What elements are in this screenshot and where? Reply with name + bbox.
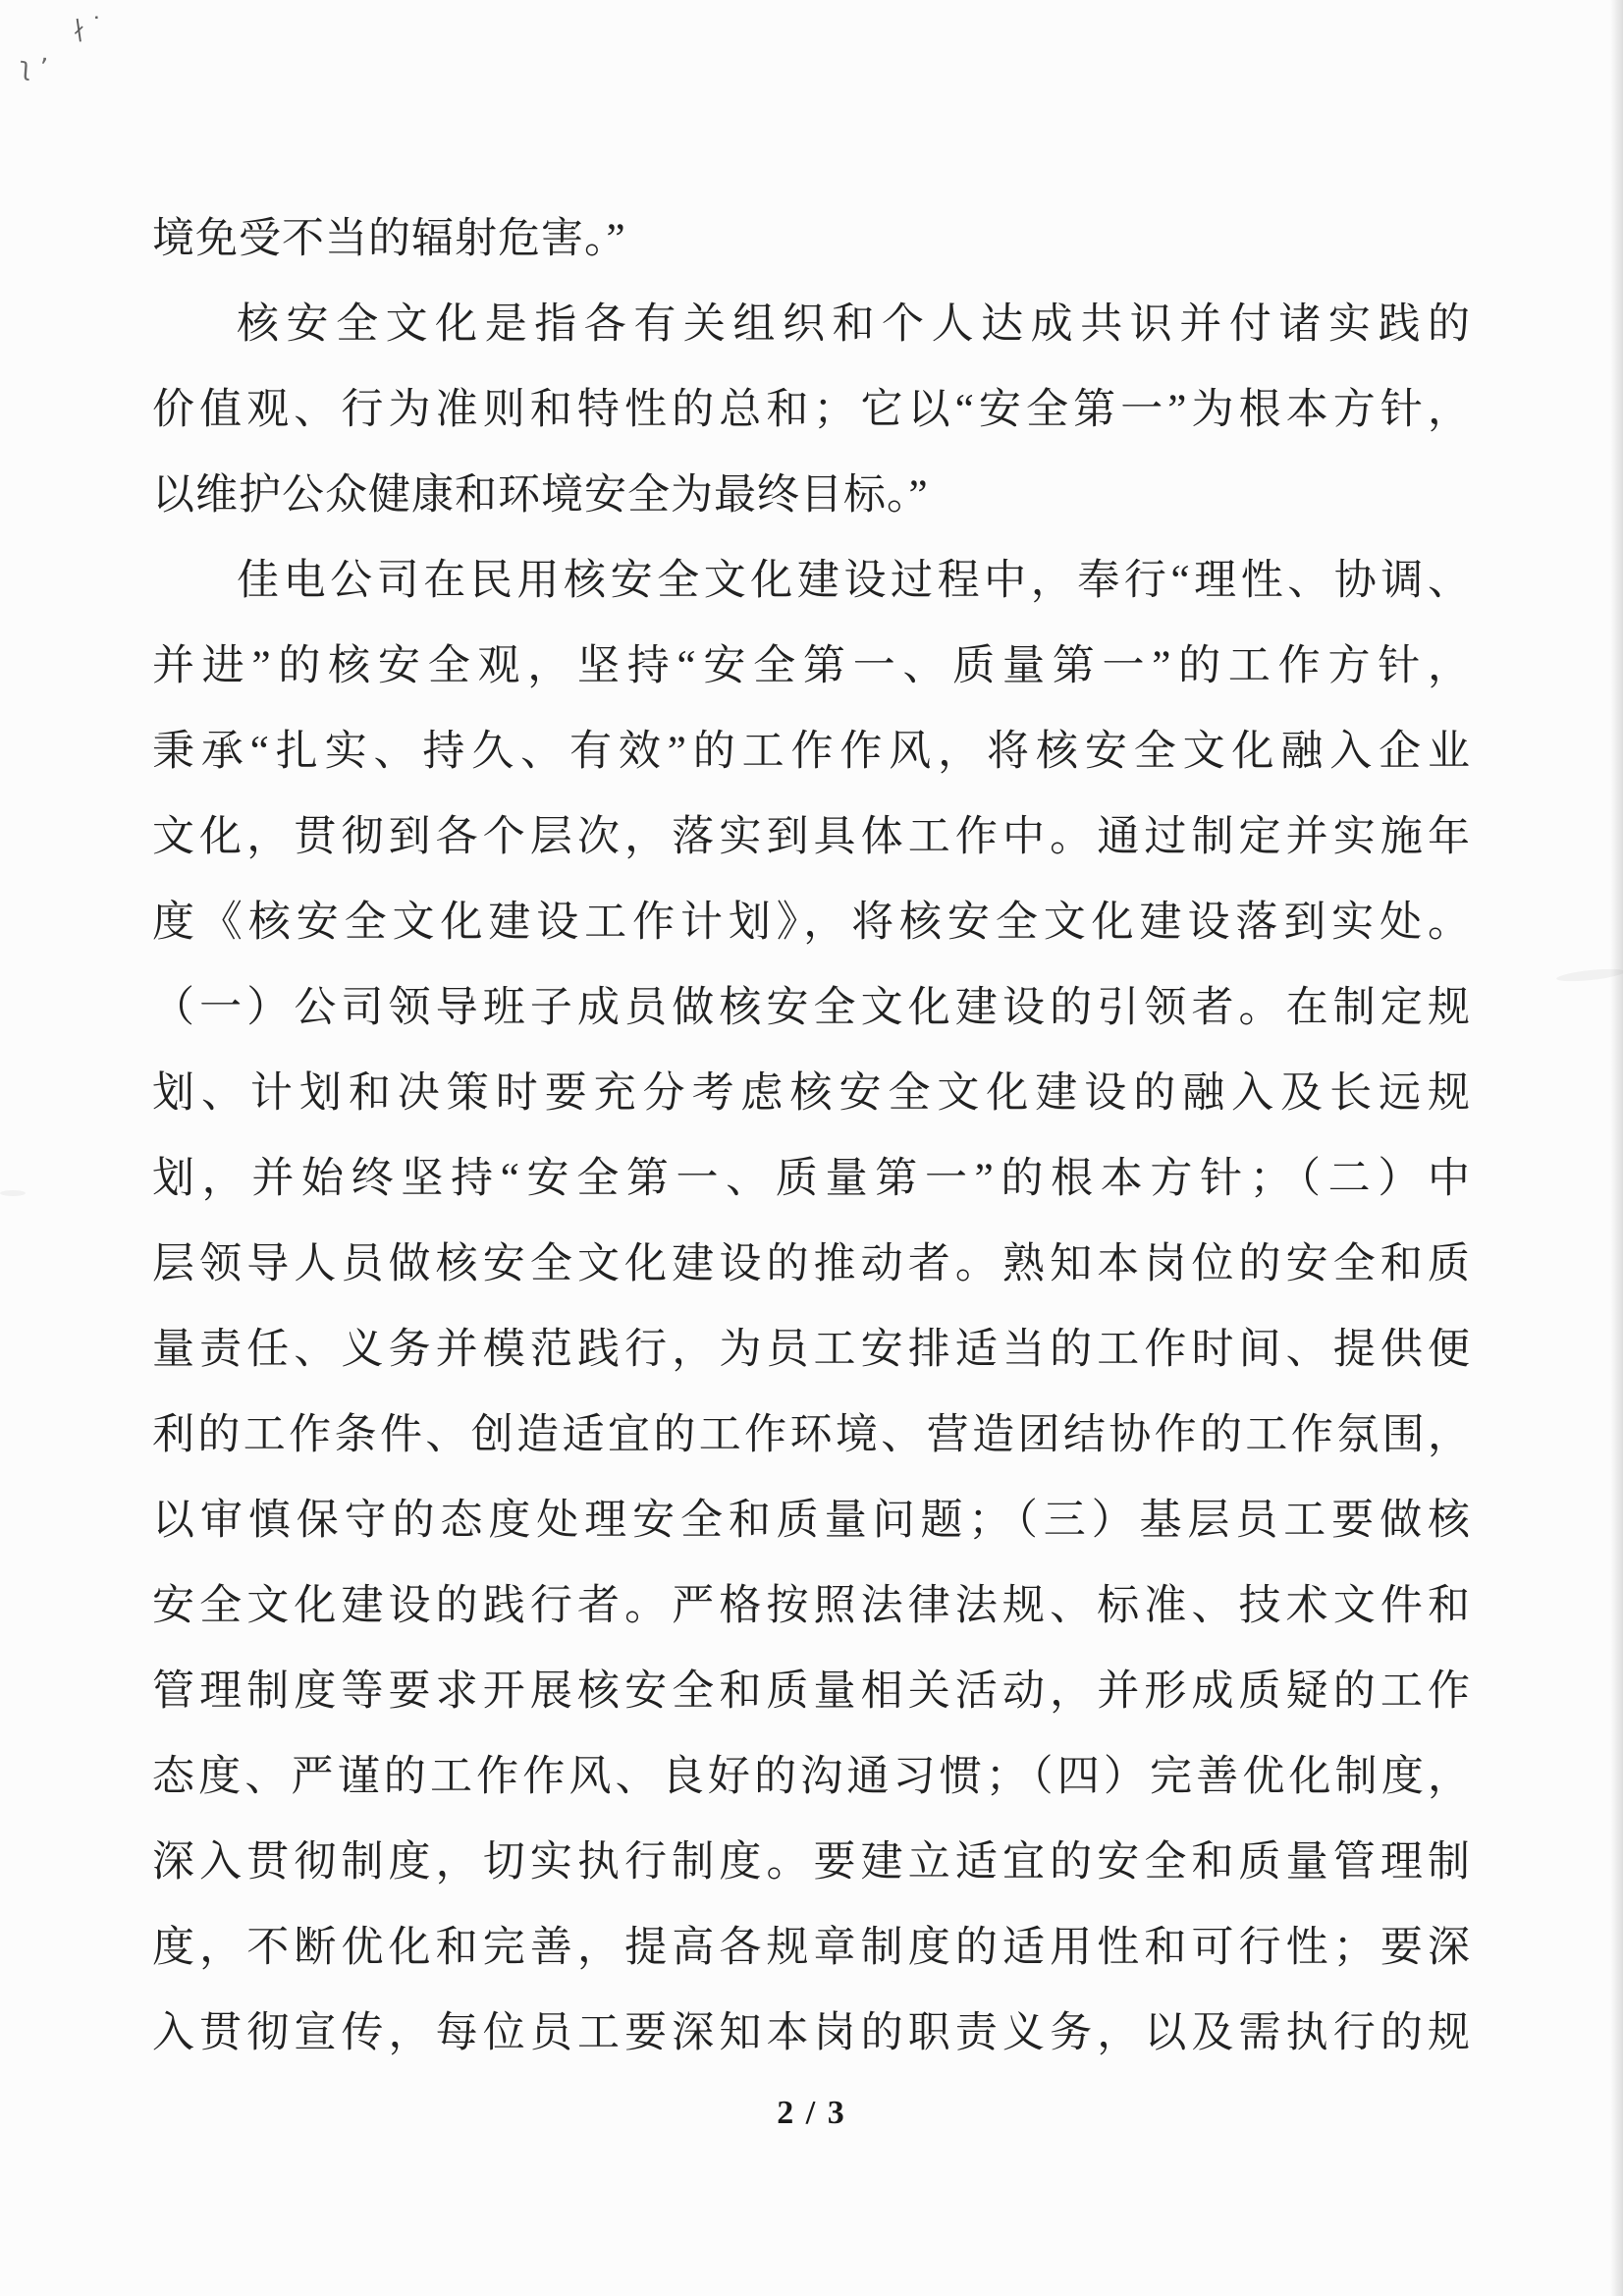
text-line: 层领导人员做核安全文化建设的推动者。熟知本岗位的安全和质 [152, 1222, 1471, 1307]
text-line: 文化，贯彻到各个层次，落实到具体工作中。通过制定并实施年 [152, 794, 1471, 880]
text-line: 深入贯彻制度，切实执行制度。要建立适宜的安全和质量管理制 [152, 1820, 1471, 1905]
scanned-document-page: ∤ ˙ ʅ ʼ 境免受不当的辐射危害。” 核安全文化是指各有关组织和个人达成共识… [0, 0, 1623, 2296]
scan-smudge [1556, 966, 1623, 983]
text-line: （一）公司领导班子成员做核安全文化建设的引领者。在制定规 [152, 965, 1471, 1051]
text-line: 以审慎保守的态度处理安全和质量问题；（三）基层员工要做核 [152, 1478, 1471, 1563]
text-line: 并进”的核安全观，坚持“安全第一、质量第一”的工作方针， [152, 624, 1471, 709]
text-line: 境免受不当的辐射危害。” [152, 196, 1471, 282]
page-number: 2 / 3 [152, 2095, 1471, 2132]
text-line: 量责任、义务并模范践行，为员工安排适当的工作时间、提供便 [152, 1307, 1471, 1393]
text-line: 佳电公司在民用核安全文化建设过程中，奉行“理性、协调、 [152, 538, 1471, 624]
text-line: 度，不断优化和完善，提高各规章制度的适用性和可行性；要深 [152, 1905, 1471, 1991]
text-line: 态度、严谨的工作作风、良好的沟通习惯；（四）完善优化制度， [152, 1734, 1471, 1820]
text-line: 利的工作条件、创造适宜的工作环境、营造团结协作的工作氛围， [152, 1393, 1471, 1478]
pen-mark: ʅ ʼ [19, 52, 49, 83]
pen-mark: ∤ ˙ [71, 12, 105, 43]
text-line: 划，并始终坚持“安全第一、质量第一”的根本方针；（二）中 [152, 1136, 1471, 1222]
text-line: 划、计划和决策时要充分考虑核安全文化建设的融入及长远规 [152, 1051, 1471, 1136]
scan-smudge [0, 1190, 26, 1196]
text-line: 核安全文化是指各有关组织和个人达成共识并付诸实践的 [152, 282, 1471, 367]
text-line: 管理制度等要求开展核安全和质量相关活动，并形成质疑的工作 [152, 1649, 1471, 1734]
text-line: 入贯彻宣传，每位员工要深知本岗的职责义务，以及需执行的规 [152, 1991, 1471, 2076]
document-body-text: 境免受不当的辐射危害。” 核安全文化是指各有关组织和个人达成共识并付诸实践的 价… [152, 196, 1471, 2076]
text-line: 度《核安全文化建设工作计划》，将核安全文化建设落到实处。 [152, 880, 1471, 965]
text-line: 秉承“扎实、持久、有效”的工作作风，将核安全文化融入企业 [152, 709, 1471, 794]
text-line: 以维护公众健康和环境安全为最终目标。” [152, 453, 1471, 538]
text-line: 安全文化建设的践行者。严格按照法律法规、标准、技术文件和 [152, 1563, 1471, 1649]
text-line: 价值观、行为准则和特性的总和；它以“安全第一”为根本方针， [152, 367, 1471, 453]
